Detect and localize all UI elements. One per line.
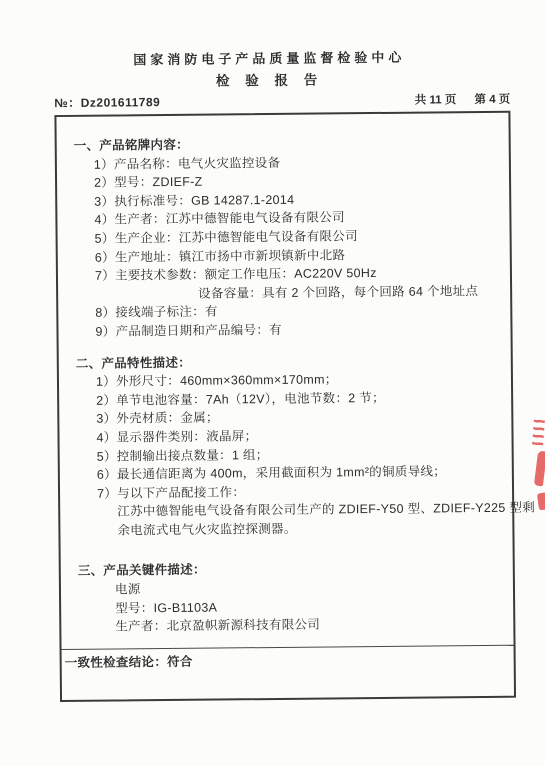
report-meta-row: №：Dz201611789 共 11 页 第 4 页 (54, 90, 510, 111)
org-title: 国家消防电子产品质量监督检验中心 (0, 45, 542, 69)
field-ps-producer: 生产者：北京盈帜新源科技有限公司 (61, 614, 513, 637)
conclusion-value: 符合 (167, 655, 193, 669)
report-number: №：Dz201611789 (54, 93, 160, 111)
conclusion-label: 一致性检查结论： (65, 655, 168, 670)
section-characteristics: 二、产品特性描述： 1）外形尺寸：460mm×360mm×170mm； 2）单节… (59, 350, 513, 540)
field-paired-products-cont2: 余电流式电气火灾监控探测器。 (60, 518, 512, 541)
pages-total: 共 11 页 (415, 94, 457, 106)
conclusion-row: 一致性检查结论：符合 (62, 645, 514, 673)
report-title: 检 验 报 告 (0, 66, 542, 91)
section-key-parts: 三、产品关键件描述： 电源 型号：IG-B1103A 生产者：北京盈帜新源科技有… (61, 558, 514, 637)
scanned-report-page: 国家消防电子产品质量监督检验中心 检 验 报 告 №：Dz201611789 共… (0, 0, 545, 766)
red-seal-fragment-top (532, 420, 545, 446)
report-body-box: 一、产品铭牌内容： 1）产品名称：电气火灾监控设备 2）型号：ZDIEF-Z 3… (54, 111, 516, 702)
red-seal-fragment-bottom (537, 493, 545, 511)
field-date-serial: 9）产品制造日期和产品编号：有 (58, 319, 510, 342)
section-nameplate: 一、产品铭牌内容： 1）产品名称：电气火灾监控设备 2）型号：ZDIEF-Z 3… (57, 133, 511, 342)
page-current: 第 4 页 (474, 94, 510, 106)
report-sheet: 国家消防电子产品质量监督检验中心 检 验 报 告 №：Dz201611789 共… (0, 0, 545, 766)
report-number-value: Dz201611789 (81, 95, 161, 110)
report-number-label: №： (54, 96, 81, 110)
page-info: 共 11 页 第 4 页 (415, 91, 511, 108)
